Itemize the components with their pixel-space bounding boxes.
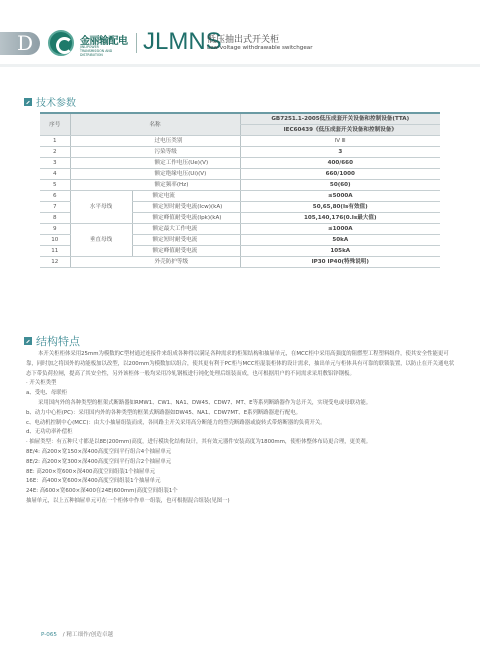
product-name-cn: 低压抽出式开关柜 xyxy=(207,32,279,45)
drawer-8e: 8E: 高200×宽600×深400高度空间组装1个抽屉单元 xyxy=(26,468,456,478)
row-name: 外壳防护等级 xyxy=(70,257,240,268)
row-index: 5 xyxy=(40,180,70,191)
row-name: 额定频率(Hz) xyxy=(70,180,240,191)
table-header-row: 序号 名称 GB7251.1-2005低压成套开关设备和控制设备(TTA) xyxy=(40,113,440,125)
row-value: 105,140,176(0.Is最大值) xyxy=(240,213,440,224)
footer-slogan: / 精工细作/创造卓越 xyxy=(63,632,113,638)
drawer-8e4: 8E/4: 高200×宽150×深400高度空间平行组合4个抽屉单元 xyxy=(26,448,456,458)
cabinet-types-heading: · 开关柜类型 xyxy=(26,379,456,389)
row-value: 50(60) xyxy=(240,180,440,191)
page-footer: P-065 / 精工细作/创造卓越 xyxy=(41,630,113,638)
page-header: D 金丽输配电 JINLIPOWER TRANSMISSION AND DIST… xyxy=(0,28,480,62)
drawer-types-text: · 抽屉类型：有五种尺寸都是以8E(200mm)高度，进行模块化结构设计，其有效… xyxy=(26,438,456,448)
row-name: 额定短时耐受电流 xyxy=(132,235,240,246)
table-row: 9 垂直母线 额定最大工作电流 ≤1000A xyxy=(40,224,440,235)
row-index: 11 xyxy=(40,246,70,257)
drawer-summary: 抽屉单元，以上五种抽屉单元可在一个柜体中作单一组装，也可根据混合组装(见图一) xyxy=(26,497,456,507)
row-value: Ⅳ Ⅲ xyxy=(240,136,440,147)
col-header-standard-1: GB7251.1-2005低压成套开关设备和控制设备(TTA) xyxy=(240,113,440,125)
spec-table: 序号 名称 GB7251.1-2005低压成套开关设备和控制设备(TTA) IE… xyxy=(40,112,440,268)
table-row: 3 额定工作电压(Ue)(V) 400/660 xyxy=(40,158,440,169)
row-name: 污染等级 xyxy=(70,147,240,158)
col-header-index: 序号 xyxy=(40,113,70,136)
row-name: 额定绝缘电压(Ui)(V) xyxy=(70,169,240,180)
col-header-name: 名称 xyxy=(70,113,240,136)
row-value: 105kA xyxy=(240,246,440,257)
col-header-standard-2: IEC60439《低压成套开关设备和控制设备》 xyxy=(240,125,440,136)
row-group-vertical-busbar: 垂直母线 xyxy=(70,224,132,257)
table-row: 1 过电压类别 Ⅳ Ⅲ xyxy=(40,136,440,147)
pencil-square-icon xyxy=(24,337,32,345)
row-value: 3 xyxy=(240,147,440,158)
row-value: IP30 IP40(特殊说明) xyxy=(240,257,440,268)
section-letter-tab: D xyxy=(0,32,40,55)
row-index: 9 xyxy=(40,224,70,235)
row-name: 额定电流 xyxy=(132,191,240,202)
row-name: 额定工作电压(Ue)(V) xyxy=(70,158,240,169)
row-index: 12 xyxy=(40,257,70,268)
row-index: 4 xyxy=(40,169,70,180)
row-value: 400/660 xyxy=(240,158,440,169)
row-index: 10 xyxy=(40,235,70,246)
row-name: 额定峰值耐受电流 xyxy=(132,246,240,257)
intro-paragraph: 本开关柜柜体采用25mm为模数的C型材通过连接件来组成各种得以满足各种需求的柜架… xyxy=(26,350,456,379)
row-value: ≤1000A xyxy=(240,224,440,235)
product-name-en: Low voltage withdrawable switchgear xyxy=(207,45,313,51)
brand-logo-icon xyxy=(48,30,74,56)
row-index: 3 xyxy=(40,158,70,169)
tech-section-title: 技术参数 xyxy=(24,94,76,109)
row-value: 660/1000 xyxy=(240,169,440,180)
drawer-16e: 16E：高400×宽600×深400高度空间组装1个抽屉单元 xyxy=(26,477,456,487)
drawer-8e2: 8E/2: 高200×宽300×深400高度空间平行组合2个抽屉单元 xyxy=(26,458,456,468)
type-c-text: c、电动机控制中心(MCC)：由大小抽屉组装而成，各回路主开关采用高分断能力的塑… xyxy=(26,419,456,429)
row-name: 额定最大工作电流 xyxy=(132,224,240,235)
row-name: 额定短时耐受电流(Icw)(kA) xyxy=(132,202,240,213)
table-row: 2 污染等级 3 xyxy=(40,147,440,158)
brand-name-en: JINLIPOWER TRANSMISSION AND DISTRIBUTION xyxy=(80,45,120,57)
row-name: 额定峰值耐受电流(Ipk)(kA) xyxy=(132,213,240,224)
type-d-text: d、无功功率补偿柜 xyxy=(26,428,456,438)
tech-section-label: 技术参数 xyxy=(36,94,76,109)
table-row: 12 外壳防护等级 IP30 IP40(特殊说明) xyxy=(40,257,440,268)
pencil-square-icon xyxy=(24,98,32,106)
structure-section-label: 结构特点 xyxy=(36,333,80,349)
section-letter: D xyxy=(17,32,33,55)
row-index: 1 xyxy=(40,136,70,147)
table-row: 4 额定绝缘电压(Ui)(V) 660/1000 xyxy=(40,169,440,180)
structure-body: 本开关柜柜体采用25mm为模数的C型材通过连接件来组成各种得以满足各种需求的柜架… xyxy=(26,350,456,507)
row-index: 8 xyxy=(40,213,70,224)
brand-divider xyxy=(136,33,137,53)
table-row: 5 额定频率(Hz) 50(60) xyxy=(40,180,440,191)
row-value: 50kA xyxy=(240,235,440,246)
type-a-heading: a、受电、母联柜 xyxy=(26,389,456,399)
type-a-text: 采用国内外的各种类型的框架式断路器如RMW1、CW1、NA1、DW45、CDW7… xyxy=(26,399,456,409)
row-index: 7 xyxy=(40,202,70,213)
type-b-text: b、动力中心柜(PC)：采用国内外的各种类型的框架式断路器如DW45、NA1、C… xyxy=(26,409,456,419)
page-number: P-065 xyxy=(41,632,57,638)
row-index: 6 xyxy=(40,191,70,202)
table-row: 6 水平母线 额定电流 ≤5000A xyxy=(40,191,440,202)
row-name: 过电压类别 xyxy=(70,136,240,147)
row-value: 50,65,80(Is有效值) xyxy=(240,202,440,213)
header-divider xyxy=(0,64,480,67)
structure-section-title: 结构特点 xyxy=(24,333,80,349)
row-index: 2 xyxy=(40,147,70,158)
row-value: ≤5000A xyxy=(240,191,440,202)
drawer-24e: 24E: 高600×宽600×深400在24E(600mm)高度空间组装1个 xyxy=(26,487,456,497)
row-group-horizontal-busbar: 水平母线 xyxy=(70,191,132,224)
